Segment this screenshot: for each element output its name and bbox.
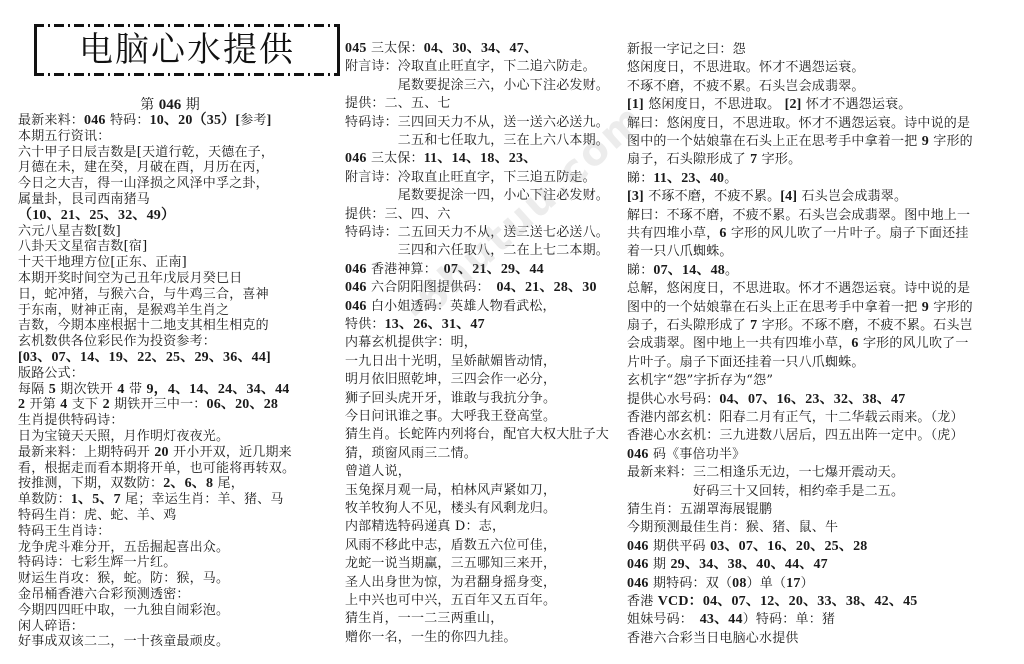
- text-line: 本期开奖时间空为己丑年戊辰月癸巳日: [18, 270, 242, 287]
- text-line: 本期五行资讯：: [18, 128, 110, 145]
- text-line: （10、21、25、32、49）: [18, 207, 175, 224]
- text-line: 睇：07、14、48。: [627, 262, 738, 279]
- text-line: [1] 悠闲度日，不思进取。 [2] 怀才不遇怨运衰。: [627, 96, 911, 113]
- text-line: 特码生肖：虎、蛇、羊、鸡: [18, 507, 176, 524]
- page-title: 电脑心水提供: [37, 29, 337, 71]
- text-line: [03、07、14、19、22、25、29、36、44]: [18, 349, 271, 366]
- text-line: 财运生肖攻：猴，蛇。防：猴，马。: [18, 570, 229, 587]
- issue-suffix: 期: [186, 97, 200, 113]
- text-line: 今日问讯谁之事。大呼我王登高堂。: [345, 408, 556, 425]
- text-line: 日，蛇冲猪，与猴六合，与牛鸡三合，喜神: [18, 286, 269, 303]
- text-line: 姐妹号码： 43、44）特码：单：猪: [627, 611, 835, 628]
- text-line: 内幕玄机提供字：明，: [345, 334, 477, 351]
- text-line: 046 期 29、34、38、40、44、47: [627, 556, 828, 573]
- text-line: 尾数要捉涂一四，小心下注必发财。: [345, 187, 609, 204]
- text-line: 图中的一个姑娘靠在石头上正在思考手中拿着一把 9 字形的: [627, 299, 973, 316]
- text-line: 解曰：悠闲度日，不思进取。怀才不遇怨运衰。诗中说的是: [627, 115, 970, 132]
- text-line: 046 期供平码 03、07、16、20、25、28: [627, 538, 867, 555]
- text-line: 今日之大吉，得一山泽损之风泽中孚之卦，: [18, 175, 269, 192]
- text-line: 龙蛇一说当期赢，三五哪知三来开，: [345, 555, 556, 572]
- text-line: 好事成双该二二，一十孩童最顽皮。: [18, 633, 229, 650]
- text-line: 十天干地理方位[正东、正南]: [18, 254, 187, 271]
- text-line: 香港心水玄机：三九进数八居后，四五出阵一定中。（虎）: [627, 427, 964, 444]
- text-line: 看，根据走而看本期将开单，也可能将再转双。: [18, 460, 295, 477]
- text-line: 曾道人说，: [345, 463, 411, 480]
- text-line: 特供：13、26、31、47: [345, 316, 485, 333]
- text-line: 今期预测最佳生肖：猴、猪、鼠、牛: [627, 519, 838, 536]
- text-line: 不琢不磨，不疲不累。石头岂会成翡翠。: [627, 78, 865, 95]
- text-line: 附言诗：冷取直止旺直字，下二追六防走。: [345, 58, 596, 75]
- text-line: 片叶子。扇子下面还挂着一只八爪蜘蛛。: [627, 354, 865, 371]
- text-line: 香港内部玄机：阳春二月有正气，十二华载云雨来。（龙）: [627, 409, 964, 426]
- text-line: 赠你一名，一生的你四九挂。: [345, 629, 517, 646]
- text-line: 版路公式：: [18, 365, 84, 382]
- text-line: 悠闲度日，不思进取。怀才不遇怨运衰。: [627, 59, 865, 76]
- text-line: 牧羊牧狗人不见，楼头有风剩龙归。: [345, 500, 556, 517]
- text-line: 月德在未，建在癸，月破在酉，月历在丙，: [18, 159, 269, 176]
- text-line: 046 三太保：11、14、18、23、: [345, 150, 537, 167]
- text-line: 日为宝镜天天照，月作明灯夜夜光。: [18, 428, 229, 445]
- text-line: [3] 不琢不磨，不疲不累。[4] 石头岂会成翡翠。: [627, 188, 907, 205]
- text-line: 龙争虎斗难分开，五岳掘起喜出众。: [18, 539, 229, 556]
- text-line: 特码王生肖诗：: [18, 523, 110, 540]
- text-line: 特码诗：二五回天力不从，送三送七必送八。: [345, 224, 609, 241]
- text-line: 吉数，今期本座根据十二地支其相生相克的: [18, 317, 269, 334]
- text-line: 解曰：不琢不磨，不疲不累。石头岂会成翡翠。图中地上一: [627, 207, 970, 224]
- text-line: 045 三太保：04、30、34、47、: [345, 40, 538, 57]
- text-line: 金吊桶香港六合彩预测透密：: [18, 586, 190, 603]
- text-line: 六十甲子日辰吉数是[天道行乾，天德在子，: [18, 144, 274, 161]
- text-line: 玉兔探月观一局，柏林风声紧如刀，: [345, 482, 556, 499]
- text-line: 内部精选特码递真 D：志，: [345, 518, 505, 535]
- text-line: 睇：11、23、40。: [627, 170, 737, 187]
- text-line: 最新来料：上期特码开 20 开小开双，近几期来: [18, 444, 292, 461]
- text-line: 属量卦，艮司西南猪马: [18, 191, 150, 208]
- text-line: 尾数要捉涂三六，小心下注必发财。: [345, 77, 609, 94]
- text-line: 最新来料：046 特码：10、20（35）[参考]: [18, 112, 272, 129]
- text-line: 按推测，下期，双数防：2、6、8 尾，: [18, 475, 244, 492]
- text-line: 圣人出身世为惊，为君翻身摇身变，: [345, 574, 556, 591]
- text-line: 六元八星吉数[数]: [18, 223, 121, 240]
- text-line: 着一只八爪蜘蛛。: [627, 243, 733, 260]
- text-line: 046 香港神算： 07、21、29、44: [345, 261, 544, 278]
- text-line: 明月依旧照乾坤，三四会作一必分，: [345, 371, 556, 388]
- text-line: 会成翡翠。图中地上一共有四堆小草，6 字形的风儿吹了一: [627, 335, 969, 352]
- text-line: 猜生肖。长蛇阵内列将台，配官大权大肚子大: [345, 426, 609, 443]
- text-line: 2 开第 4 支下 2 期铁开三中一：06、20、28: [18, 396, 278, 413]
- text-line: 扇子，石头隙形成了 7 字形。不琢不磨，不疲不累。石头岂: [627, 317, 973, 334]
- text-line: 猜生肖，一一二三两重山，: [345, 610, 503, 627]
- document-page: 电脑心水提供 第 046 期 最新来料：046 特码：10、20（35）[参考]…: [0, 0, 1024, 664]
- text-line: 好码三十又回转，相约牵手是二五。: [627, 483, 904, 500]
- text-line: 一九日出十光明，呈娇献媚皆动情，: [345, 353, 556, 370]
- title-box: 电脑心水提供: [34, 24, 340, 76]
- text-line: 046 白小姐透码：英雄人物看武松，: [345, 298, 556, 315]
- text-line: 猜生肖：五湖罩海展锟鹏: [627, 501, 772, 518]
- text-line: 八卦天文星宿吉数[宿]: [18, 238, 147, 255]
- text-line: 风雨不移此中志，盾数五六位可佳，: [345, 537, 556, 554]
- text-line: 玄机字“怨”字折存为“怨”: [627, 372, 773, 389]
- text-line: 特码诗：三四回天力不从，送一送六必送九。: [345, 114, 609, 131]
- text-line: 生肖提供特码诗：: [18, 412, 124, 429]
- text-line: 最新来料：三二相逢乐无边，一七爆开震动天。: [627, 464, 904, 481]
- text-line: 扇子，石头隙形成了 7 字形。: [627, 151, 801, 168]
- text-line: 今期四四旺中取，一九独自闹彩泡。: [18, 602, 229, 619]
- text-line: 香港六合彩当日电脑心水提供: [627, 630, 799, 647]
- text-line: 特码诗：七彩生辉一片红。: [18, 554, 176, 571]
- text-line: 提供：三、四、六: [345, 206, 451, 223]
- text-line: 共有四堆小草，6 字形的风儿吹了一片叶子。扇子下面还挂: [627, 225, 969, 242]
- text-line: 香港 VCD：04、07、12、20、33、38、42、45: [627, 593, 917, 610]
- text-line: 总解，悠闲度日，不思进取。怀才不遇怨运衰。诗中说的是: [627, 280, 970, 297]
- text-line: 狮子回头虎开牙，谁敢与我抗分争。: [345, 390, 556, 407]
- text-line: 提供：二、五、七: [345, 95, 451, 112]
- issue-prefix: 第: [140, 97, 154, 113]
- text-line: 046 期特码：双（08）单（17）: [627, 575, 814, 592]
- text-line: 二五和七任取九，三在上六八本期。: [345, 132, 609, 149]
- text-line: 玄机数供各位彩民作为投资参考：: [18, 333, 216, 350]
- text-line: 单数防：1、5、7 尾；幸运生肖：羊、猪、马: [18, 491, 284, 508]
- text-line: 046 六合阴阳图提供码： 04、21、28、30: [345, 279, 597, 296]
- text-line: 三四和六任取八，二在上七二本期。: [345, 242, 609, 259]
- text-line: 附言诗：冷取直止旺直字，下三追五防走。: [345, 169, 596, 186]
- text-line: 提供心水号码：04、07、16、23、32、38、47: [627, 391, 905, 408]
- issue-number: 046: [159, 97, 182, 113]
- text-line: 闲人碎语：: [18, 618, 84, 635]
- text-line: 图中的一个姑娘靠在石头上正在思考手中拿着一把 9 字形的: [627, 133, 973, 150]
- text-line: 于东南，财神正南，是猴鸡羊生肖之: [18, 302, 229, 319]
- text-line: 上中兴也可中兴，五百年又五百年。: [345, 592, 556, 609]
- text-line: 046 码《事倍功半》: [627, 446, 745, 463]
- text-line: 新报一字记之曰：怨: [627, 41, 746, 58]
- text-line: 每隔 5 期次铁开 4 带 9，4、14、24、34、44: [18, 381, 289, 398]
- text-line: 猜，琐窗风雨三二情。: [345, 445, 477, 462]
